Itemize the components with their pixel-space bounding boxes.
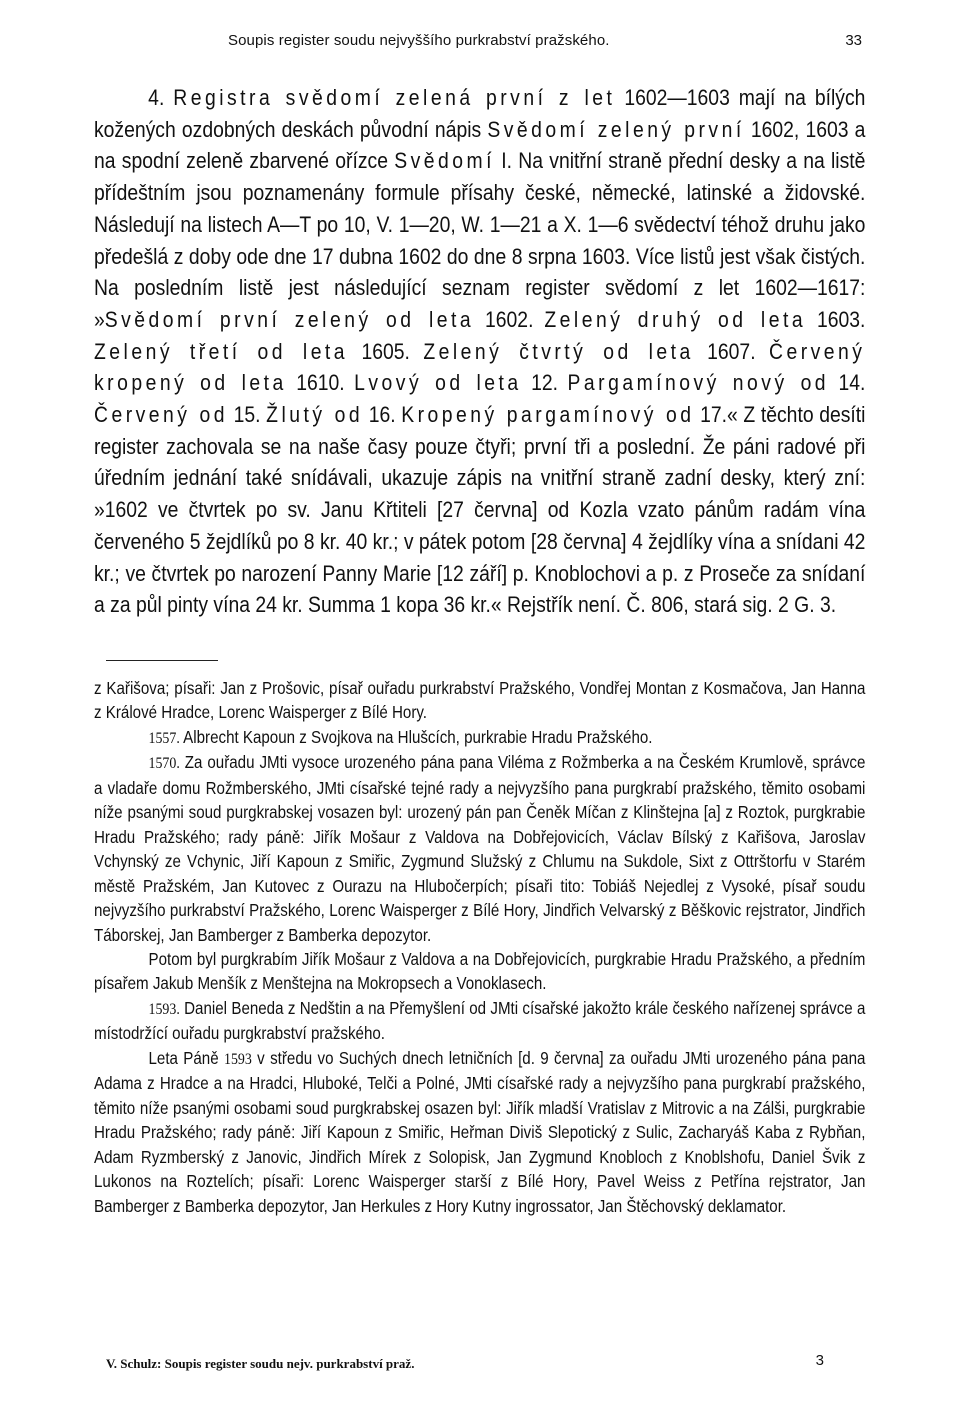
signature-line: V. Schulz: Soupis register soudu nejv. p… (106, 1356, 866, 1372)
signature-text: V. Schulz: Soupis register soudu nejv. p… (106, 1356, 414, 1371)
note-potom: Potom byl purgkrabím Jiřík Mošaur z Vald… (94, 947, 865, 996)
note-1593: 1593. Daniel Beneda z Nedštin a na Přemy… (94, 996, 865, 1046)
main-paragraph: 4. Registra svědomí zelená první z let 1… (94, 82, 865, 621)
note-continuation: z Kařišova; písaři: Jan z Prošovic, písa… (94, 676, 865, 725)
note-leta-pane-1593: Leta Páně 1593 v středu vo Suchých dnech… (94, 1046, 865, 1218)
signature-mark: 3 (816, 1352, 824, 1369)
running-title: Soupis register soudu nejvyššího purkrab… (228, 32, 610, 49)
note-1557: 1557. Albrecht Kapoun z Svojkova na Hluš… (94, 725, 865, 750)
footnote-separator (106, 660, 218, 661)
main-text: 4. Registra svědomí zelená první z let 1… (94, 82, 865, 621)
note-1570: 1570. Za ouřadu JMti vysoce urozeného pá… (94, 750, 865, 947)
page-number: 33 (845, 32, 862, 49)
footnotes: z Kařišova; písaři: Jan z Prošovic, písa… (94, 676, 865, 1218)
running-header: Soupis register soudu nejvyššího purkrab… (94, 32, 866, 56)
